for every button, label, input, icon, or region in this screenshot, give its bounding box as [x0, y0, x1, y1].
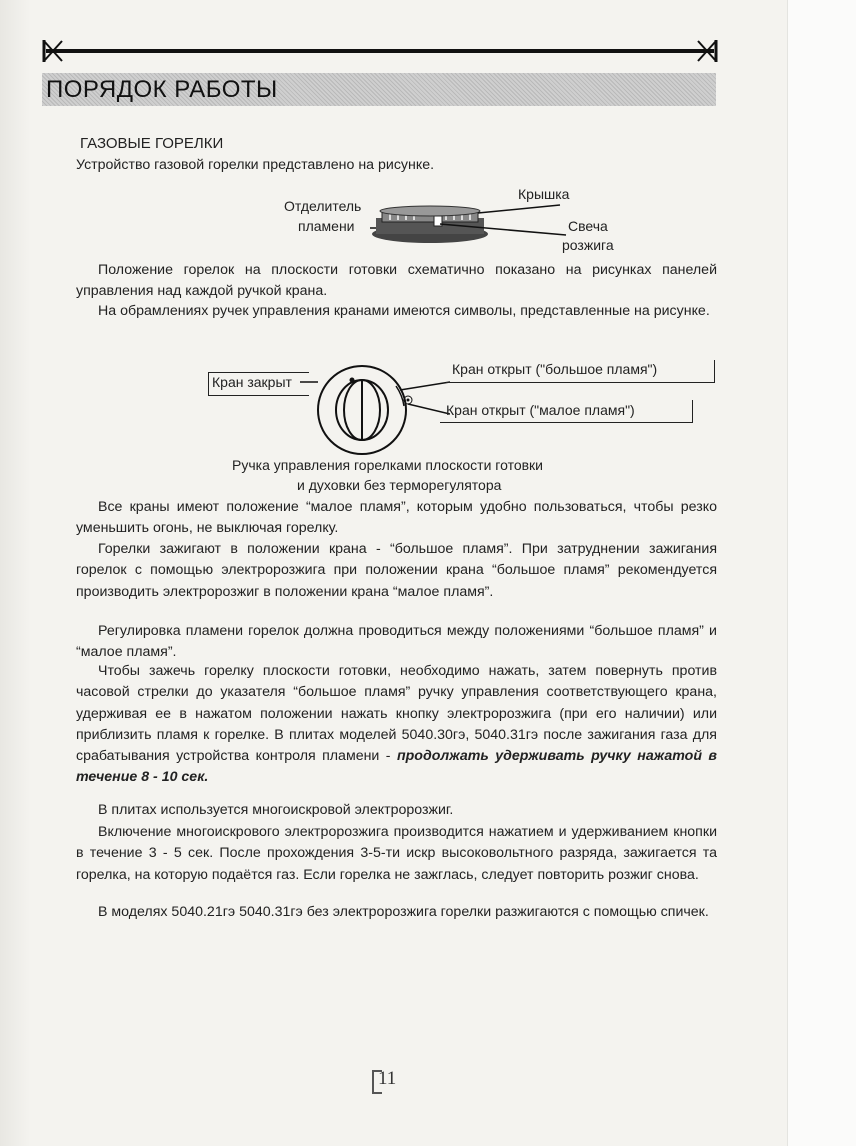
- label-spark-plug: Свеча: [568, 218, 608, 234]
- header-rule: [46, 49, 714, 53]
- figure-caption: Ручка управления горелками плоскости гот…: [232, 457, 543, 473]
- label-valve-closed: Кран закрыт: [212, 374, 292, 390]
- paragraph: В моделях 5040.21гэ 5040.31гэ без электр…: [76, 902, 717, 923]
- page-title: ПОРЯДОК РАБОТЫ: [46, 76, 278, 104]
- label-valve-open-small: Кран открыт ("малое пламя"): [446, 402, 635, 418]
- label-valve-open-large: Кран открыт ("большое пламя"): [452, 361, 657, 377]
- gas-burner-illustration: [370, 198, 570, 246]
- paragraph: В плитах используется многоискровой элек…: [76, 800, 717, 821]
- control-knob-symbols-illustration: [300, 360, 450, 460]
- page-number: 11: [378, 1068, 396, 1090]
- paragraph: Регулировка пламени горелок должна прово…: [76, 621, 717, 664]
- section-heading: ГАЗОВЫЕ ГОРЕЛКИ: [80, 135, 223, 152]
- paragraph: Чтобы зажечь горелку плоскости готовки, …: [76, 661, 717, 789]
- x-corner-ornament-icon: [696, 38, 720, 64]
- paragraph: Положение горелок на плоскости готовки с…: [76, 260, 717, 303]
- paragraph: Все краны имеют положение “малое пламя”,…: [76, 497, 717, 540]
- paragraph: Включение многоискрового электророзжига …: [76, 822, 717, 886]
- figure-caption-line2: и духовки без терморегулятора: [297, 477, 501, 493]
- section-intro: Устройство газовой горелки представлено …: [76, 155, 717, 176]
- x-corner-ornament-icon: [40, 38, 64, 64]
- label-spark-plug-line2: розжига: [562, 237, 614, 253]
- label-cover: Крышка: [518, 186, 569, 202]
- label-flame-divider-line2: пламени: [298, 218, 355, 234]
- scan-edge-shadow: [0, 0, 30, 1146]
- label-flame-divider: Отделитель: [284, 198, 361, 214]
- paragraph: Горелки зажигают в положении крана - “бо…: [76, 539, 717, 603]
- manual-page: ПОРЯДОК РАБОТЫ ГАЗОВЫЕ ГОРЕЛКИ Устройств…: [0, 0, 856, 1146]
- page-margin-right: [787, 0, 856, 1146]
- paragraph: На обрамлениях ручек управления кранами …: [76, 301, 717, 322]
